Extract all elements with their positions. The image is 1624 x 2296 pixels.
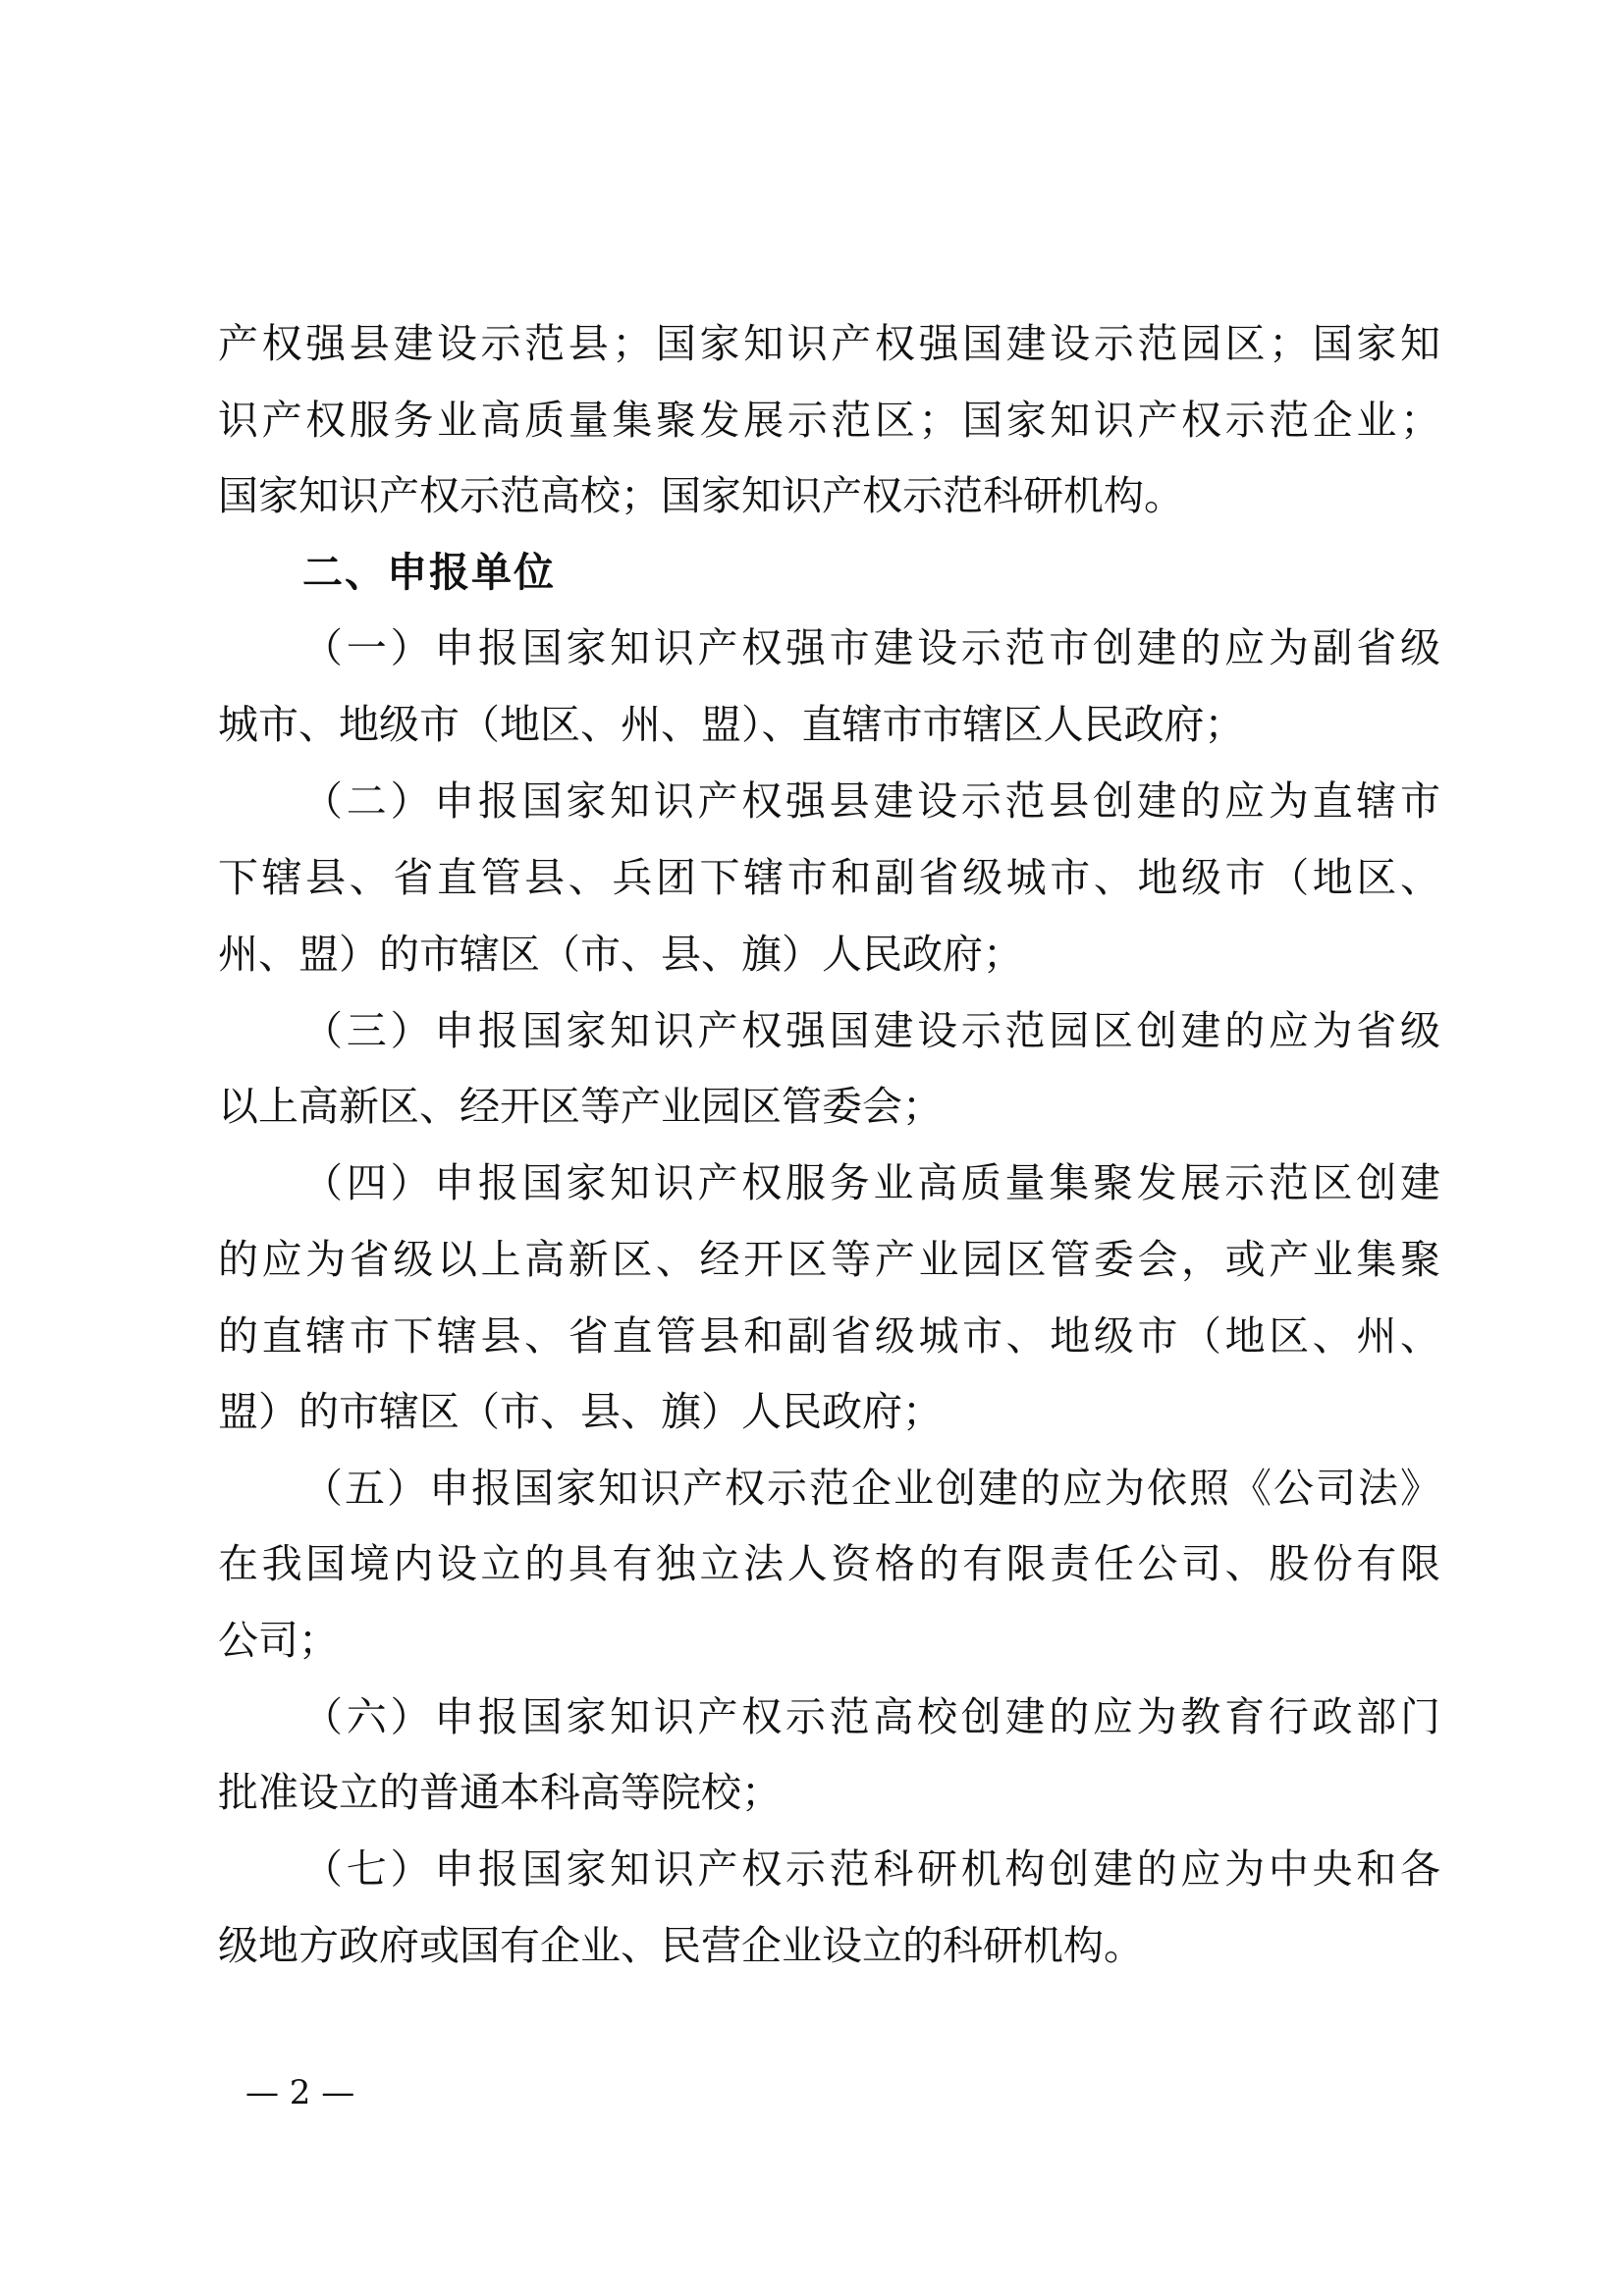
item-5-line: （五）申报国家知识产权示范企业创建的应为依照《公司法》 (302, 1459, 1440, 1518)
item-7-line: （七）申报国家知识产权示范科研机构创建的应为中央和各 (302, 1840, 1440, 1898)
intro-line: 国家知识产权示范高校；国家知识产权示范科研机构。 (218, 466, 1440, 525)
item-2-line: （二）申报国家知识产权强县建设示范县创建的应为直辖市 (302, 772, 1440, 830)
item-5-line: 公司； (218, 1611, 1440, 1670)
item-4-line: 的直辖市下辖县、省直管县和副省级城市、地级市（地区、州、 (218, 1307, 1440, 1365)
item-1-line: 城市、地级市（地区、州、盟）、直辖市市辖区人民政府； (218, 695, 1440, 754)
page-number: — 2 — (245, 2073, 354, 2112)
item-3-line: （三）申报国家知识产权强国建设示范园区创建的应为省级 (302, 1001, 1440, 1060)
item-4-line: （四）申报国家知识产权服务业高质量集聚发展示范区创建 (302, 1153, 1440, 1212)
section-heading: 二、申报单位 (302, 543, 556, 602)
item-6-line: （六）申报国家知识产权示范高校创建的应为教育行政部门 (302, 1687, 1440, 1746)
item-2-line: 下辖县、省直管县、兵团下辖市和副省级城市、地级市（地区、 (218, 848, 1440, 907)
item-4-line: 的应为省级以上高新区、经开区等产业园区管委会，或产业集聚 (218, 1230, 1440, 1289)
item-3-line: 以上高新区、经开区等产业园区管委会； (218, 1077, 1440, 1136)
document-page: 产权强县建设示范县；国家知识产权强国建设示范园区；国家知 识产权服务业高质量集聚… (0, 0, 1624, 2296)
item-4-line: 盟）的市辖区（市、县、旗）人民政府； (218, 1382, 1440, 1441)
intro-line: 产权强县建设示范县；国家知识产权强国建设示范园区；国家知 (218, 314, 1440, 373)
item-7-line: 级地方政府或国有企业、民营企业设立的科研机构。 (218, 1916, 1440, 1975)
item-2-line: 州、盟）的市辖区（市、县、旗）人民政府； (218, 925, 1440, 984)
item-1-line: （一）申报国家知识产权强市建设示范市创建的应为副省级 (302, 618, 1440, 677)
item-5-line: 在我国境内设立的具有独立法人资格的有限责任公司、股份有限 (218, 1534, 1440, 1593)
item-6-line: 批准设立的普通本科高等院校； (218, 1763, 1440, 1822)
intro-line: 识产权服务业高质量集聚发展示范区；国家知识产权示范企业； (218, 391, 1440, 450)
